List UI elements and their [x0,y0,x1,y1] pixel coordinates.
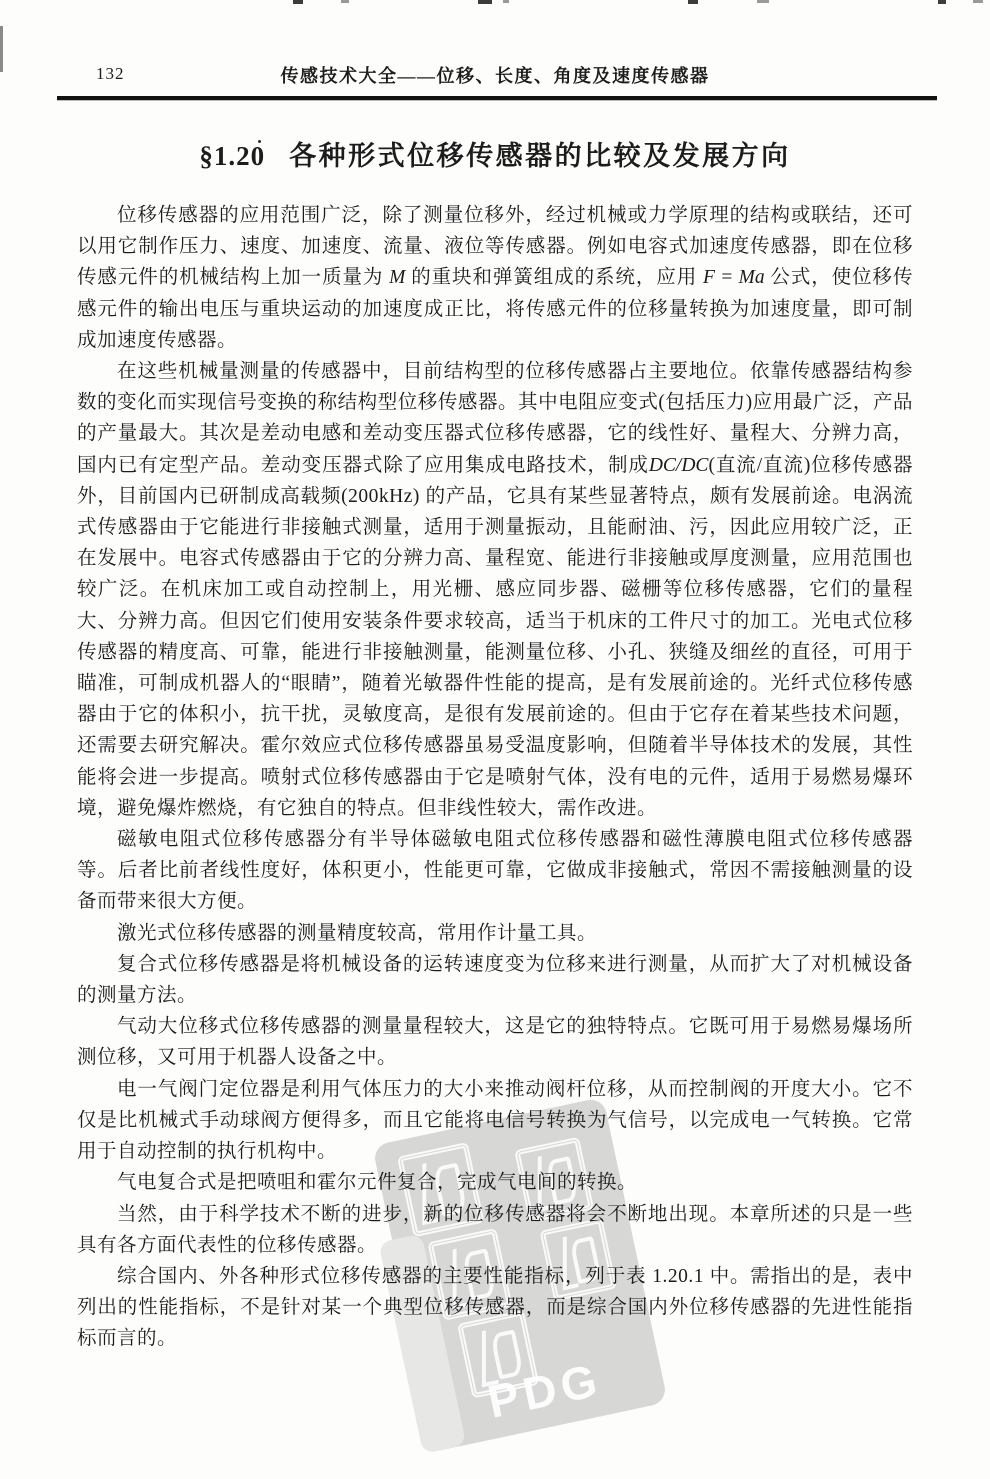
scan-artifact [293,0,303,4]
paragraph-2: 在这些机械量测量的传感器中，目前结构型的位移传感器占主要地位。依靠传感器结构参数… [77,356,913,824]
paragraph-text: 的重块和弹簧组成的系统，应用 [405,267,703,288]
section-title: 各种形式位移传感器的比较及发展方向 [289,141,791,171]
paragraph-8: 气电复合式是把喷咀和霍尔元件复合，完成气电间的转换。 [77,1167,913,1198]
paragraph-6: 气动大位移式位移传感器的测量量程较大，这是它的独特特点。它既可用于易燃易爆场所测… [77,1011,913,1073]
paragraph-7: 电一气阀门定位器是利用气体压力的大小来推动阀杆位移，从而控制阀的开度大小。它不仅… [77,1074,913,1168]
paragraph-3: 磁敏电阻式位移传感器分有半导体磁敏电阻式位移传感器和磁性薄膜电阻式位移传感器等。… [77,824,913,918]
paragraph-10: 综合国内、外各种形式位移传感器的主要性能指标，列于表 1.20.1 中。需指出的… [77,1261,913,1355]
math-abbreviation: DC/DC [649,455,709,476]
scan-artifact [938,0,946,4]
section-number: §1.20 [199,141,265,171]
math-variable: M [389,267,405,288]
paragraph-9: 当然，由于科学技术不断的进步，新的位移传感器将会不断地出现。本章所述的只是一些具… [77,1199,913,1261]
paragraph-1: 位移传感器的应用范围广泛，除了测量位移外，经过机械或力学原理的结构或联结，还可以… [77,200,913,356]
scanned-book-page: { "header": { "page_number": "132", "run… [0,0,990,1479]
scan-artifact [973,0,983,3]
scan-artifact [503,0,509,3]
watermark-pdg-label: PDG [424,1339,666,1441]
scan-artifact [688,0,698,4]
paragraph-text: (直流/直流)位移传感器外，目前国内已研制成高载频(200kHz) 的产品，它具… [77,455,913,819]
header-rule [57,96,937,100]
running-title: 传感技术大全——位移、长度、角度及速度传感器 [0,62,990,88]
paragraph-5: 复合式位移传感器是将机械设备的运转速度变为位移来进行测量，从而扩大了对机械设备的… [77,949,913,1011]
section-heading: §1.20各种形式位移传感器的比较及发展方向 [0,134,990,173]
paragraph-4: 激光式位移传感器的测量精度较高，常用作计量工具。 [77,918,913,949]
body-text: 位移传感器的应用范围广泛，除了测量位移外，经过机械或力学原理的结构或联结，还可以… [77,200,913,1355]
scan-artifact [757,0,769,3]
scan-artifact [341,0,349,3]
math-formula: F = Ma [703,267,765,288]
scan-artifact [478,0,492,4]
